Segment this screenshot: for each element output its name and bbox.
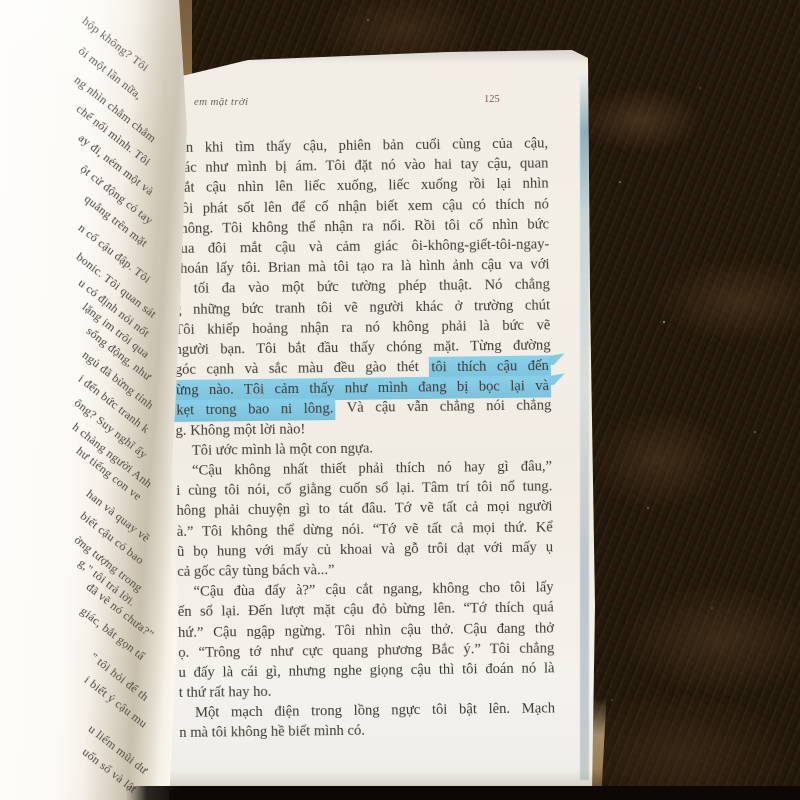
left-page-curl: hộp không? Tôiôi một lần nữa,ng nhìn chằ…: [0, 0, 192, 800]
text-segment: người bạn. Tôi bắt đầu thấy chóng mặt. T…: [174, 337, 550, 358]
text-segment: mắt cậu nhìn lên liếc xuống, liếc xuống …: [173, 176, 549, 197]
text-segment: n mà tôi không hề biết mình có.: [179, 723, 365, 741]
text-segment: g những bức tranh tôi vẽ người khác ở tr…: [174, 297, 550, 318]
text-line: n mà tôi không hề biết mình có.: [179, 719, 555, 744]
text-segment: choán lấy tôi. Brian mà tôi tạo ra là hì…: [174, 257, 550, 278]
text-segment: Tôi ước mình là một con ngựa.: [192, 440, 373, 458]
text-segment: qua đôi mắt cậu và cảm giác ôi-không-giế…: [173, 236, 549, 257]
text-segment: giác như mình bị ám. Tôi đặt nó vào hai …: [172, 156, 548, 177]
text-segment: ộ tối đa vào một bức tường phép thuật. N…: [174, 277, 550, 298]
text-segment: góc cạnh và sắc màu đều gào thét: [175, 359, 430, 378]
text-segment: ũ bọ hung với mấy củ khoai và gỗ trôi dạ…: [177, 539, 553, 560]
running-title: em mặt trời: [194, 96, 248, 108]
book-page: em mặt trời 125 đến khi tìm thấy cậu, ph…: [148, 46, 598, 794]
text-segment: ến sổ lại. Đến lượt mặt cậu đỏ bừng lên.…: [178, 600, 554, 621]
text-segment: cả gốc cây tùng bách và...”: [177, 562, 334, 580]
page-fore-edge: [580, 74, 589, 780]
text-segment: đến khi tìm thấy cậu, phiên bản cuối cùn…: [172, 135, 548, 156]
text-segment: Tôi khiếp hoảng nhận ra nó không phải là…: [174, 317, 550, 338]
text-segment: không. Tôi không thể nhận ra nổi. Rồi tô…: [173, 216, 549, 237]
book-bottom-shadow: [126, 786, 800, 800]
text-segment: Một mạch điện trong lồng ngực tôi bật lê…: [195, 701, 555, 721]
page-number: 125: [484, 94, 500, 105]
text-segment: i cùng tôi nói, cố giằng cuốn sổ lại. Tâ…: [176, 479, 552, 500]
text-segment: “Cậu đùa đấy à?” cậu cắt ngang, không ch…: [193, 579, 553, 599]
text-segment: Và cậu vẫn chẳng nói chẳng: [335, 398, 551, 417]
book-photo: em mặt trời 125 đến khi tìm thấy cậu, ph…: [0, 0, 800, 800]
text-segment: u đấy là cái gì, nhưng nghe giọng cậu th…: [178, 660, 554, 681]
text-segment: g. Không một lời nào!: [175, 421, 305, 439]
text-segment: hứ.” Cậu ngập ngừng. Tôi nhìn cậu thở. C…: [178, 620, 554, 641]
text-segment: Tôi phát sốt lên để cố nhận biết xem cậu…: [173, 196, 549, 217]
text-segment: à.” Tôi không thể dừng nói. “Tớ vẽ tất c…: [177, 519, 553, 540]
text-segment: ọ. “Trông tớ như cực quang phương Bắc ý.…: [178, 640, 554, 661]
text-segment: t thứ rất hay ho.: [179, 684, 272, 701]
text-segment: hông phải chuyện gì to tát đâu. Tớ vẽ tấ…: [176, 499, 552, 520]
highlighted-text: kẹt trong bao ni lông.: [168, 398, 335, 422]
text-line: ừng nào. Tôi cảm thấy như mình đang bị b…: [175, 376, 551, 401]
highlighted-text: ừng nào. Tôi cảm thấy như mình đang bị b…: [168, 375, 551, 402]
page-body: đến khi tìm thấy cậu, phiên bản cuối cùn…: [172, 133, 555, 743]
text-segment: “Cậu không nhất thiết phải thích nó hay …: [192, 458, 552, 478]
